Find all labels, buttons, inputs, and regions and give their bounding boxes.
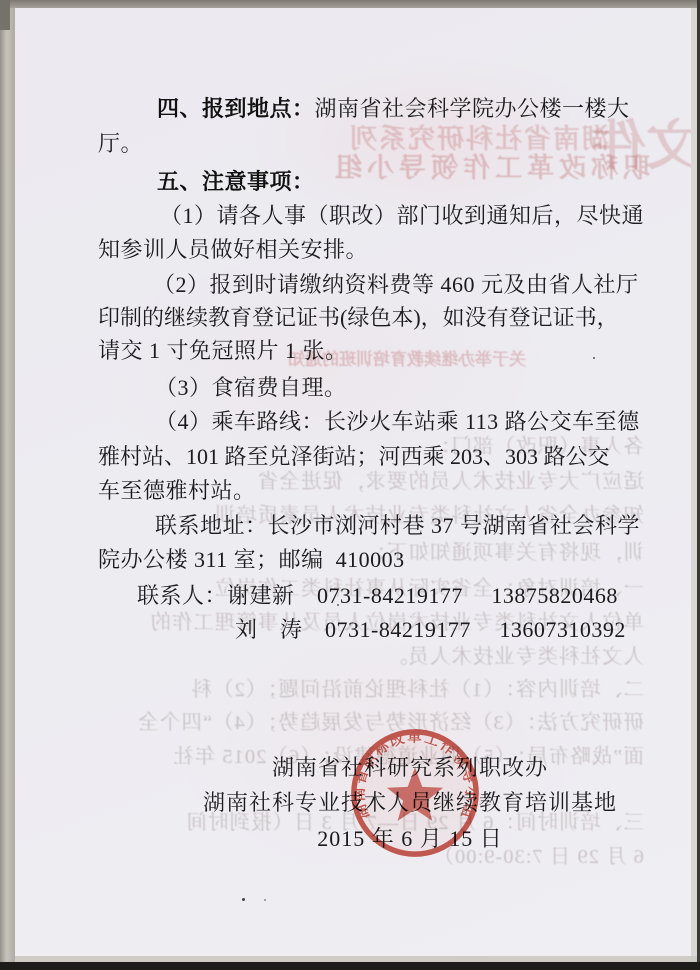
body-line: （3）食宿费自理。	[155, 375, 347, 401]
body-line: 知参训人员做好相关安排。	[98, 237, 368, 263]
body-line: 联系地址：长沙市浏河村巷 37 号湖南省社会科学	[155, 513, 640, 539]
dust-speck	[593, 357, 595, 359]
body-line: 五、注意事项：	[157, 169, 315, 195]
dust-speck	[626, 205, 628, 207]
heading-5: 五、注意事项：	[157, 169, 315, 194]
body-line: 院办公楼 311 室；邮编 410003	[98, 547, 405, 573]
body-line: （4）乘车路线：长沙火车站乘 113 路公交车至德	[155, 409, 640, 435]
scanner-bottom-edge	[0, 962, 700, 970]
bleedthrough-header-line1: 湖南省社科研究系列	[348, 117, 609, 156]
scanner-top-edge	[0, 0, 700, 8]
scanned-paper: 湖南省社科研究系列 文件 职称改革工作领导小组 关于举办继续教育培训班的通知 各…	[15, 8, 691, 956]
scanned-document-page: { "doc": { "lines": [ {"b": "四、报到地点：", "…	[0, 0, 700, 970]
body-line: 厅。	[98, 131, 143, 157]
body-line: 四、报到地点：湖南省社会科学院办公楼一楼大	[157, 96, 630, 122]
body-line: 印制的继续教育登记证书(绿色本)，如没有登记证书，	[98, 305, 619, 331]
scanner-left-edge	[0, 8, 15, 962]
body-line: 请交 1 寸免冠照片 1 张。	[98, 338, 348, 364]
body-line: （2）报到时请缴纳资料费等 460 元及由省人社厅	[153, 272, 639, 298]
contact-line: 联系人：谢建新 0731-84219177 13875820468	[137, 583, 618, 609]
dust-speck	[264, 899, 266, 901]
heading-4: 四、报到地点：	[157, 96, 315, 121]
bleedthrough-header-line2: 职称改革工作领导小组	[330, 146, 650, 185]
scanner-corner-shadow	[0, 0, 10, 30]
dust-speck	[242, 898, 245, 901]
official-seal: 湖南省职称改革工作领导小组	[346, 724, 484, 862]
body-line: 雅村站、101 路至兑泽街站；河西乘 203、303 路公交	[98, 444, 610, 470]
bleedthrough-line: 二、培训内容：（1）社科理论前沿问题；（2）科	[92, 672, 644, 702]
body-line: 车至德雅村站。	[98, 478, 256, 504]
contact-line: 刘 涛 0731-84219177 13607310392	[235, 617, 626, 643]
body-line: （1）请各人事（职改）部门收到通知后，尽快通	[160, 203, 644, 229]
bleedthrough-line: 人文社科类专业技术人员。	[92, 639, 644, 669]
dust-speck	[337, 604, 339, 606]
